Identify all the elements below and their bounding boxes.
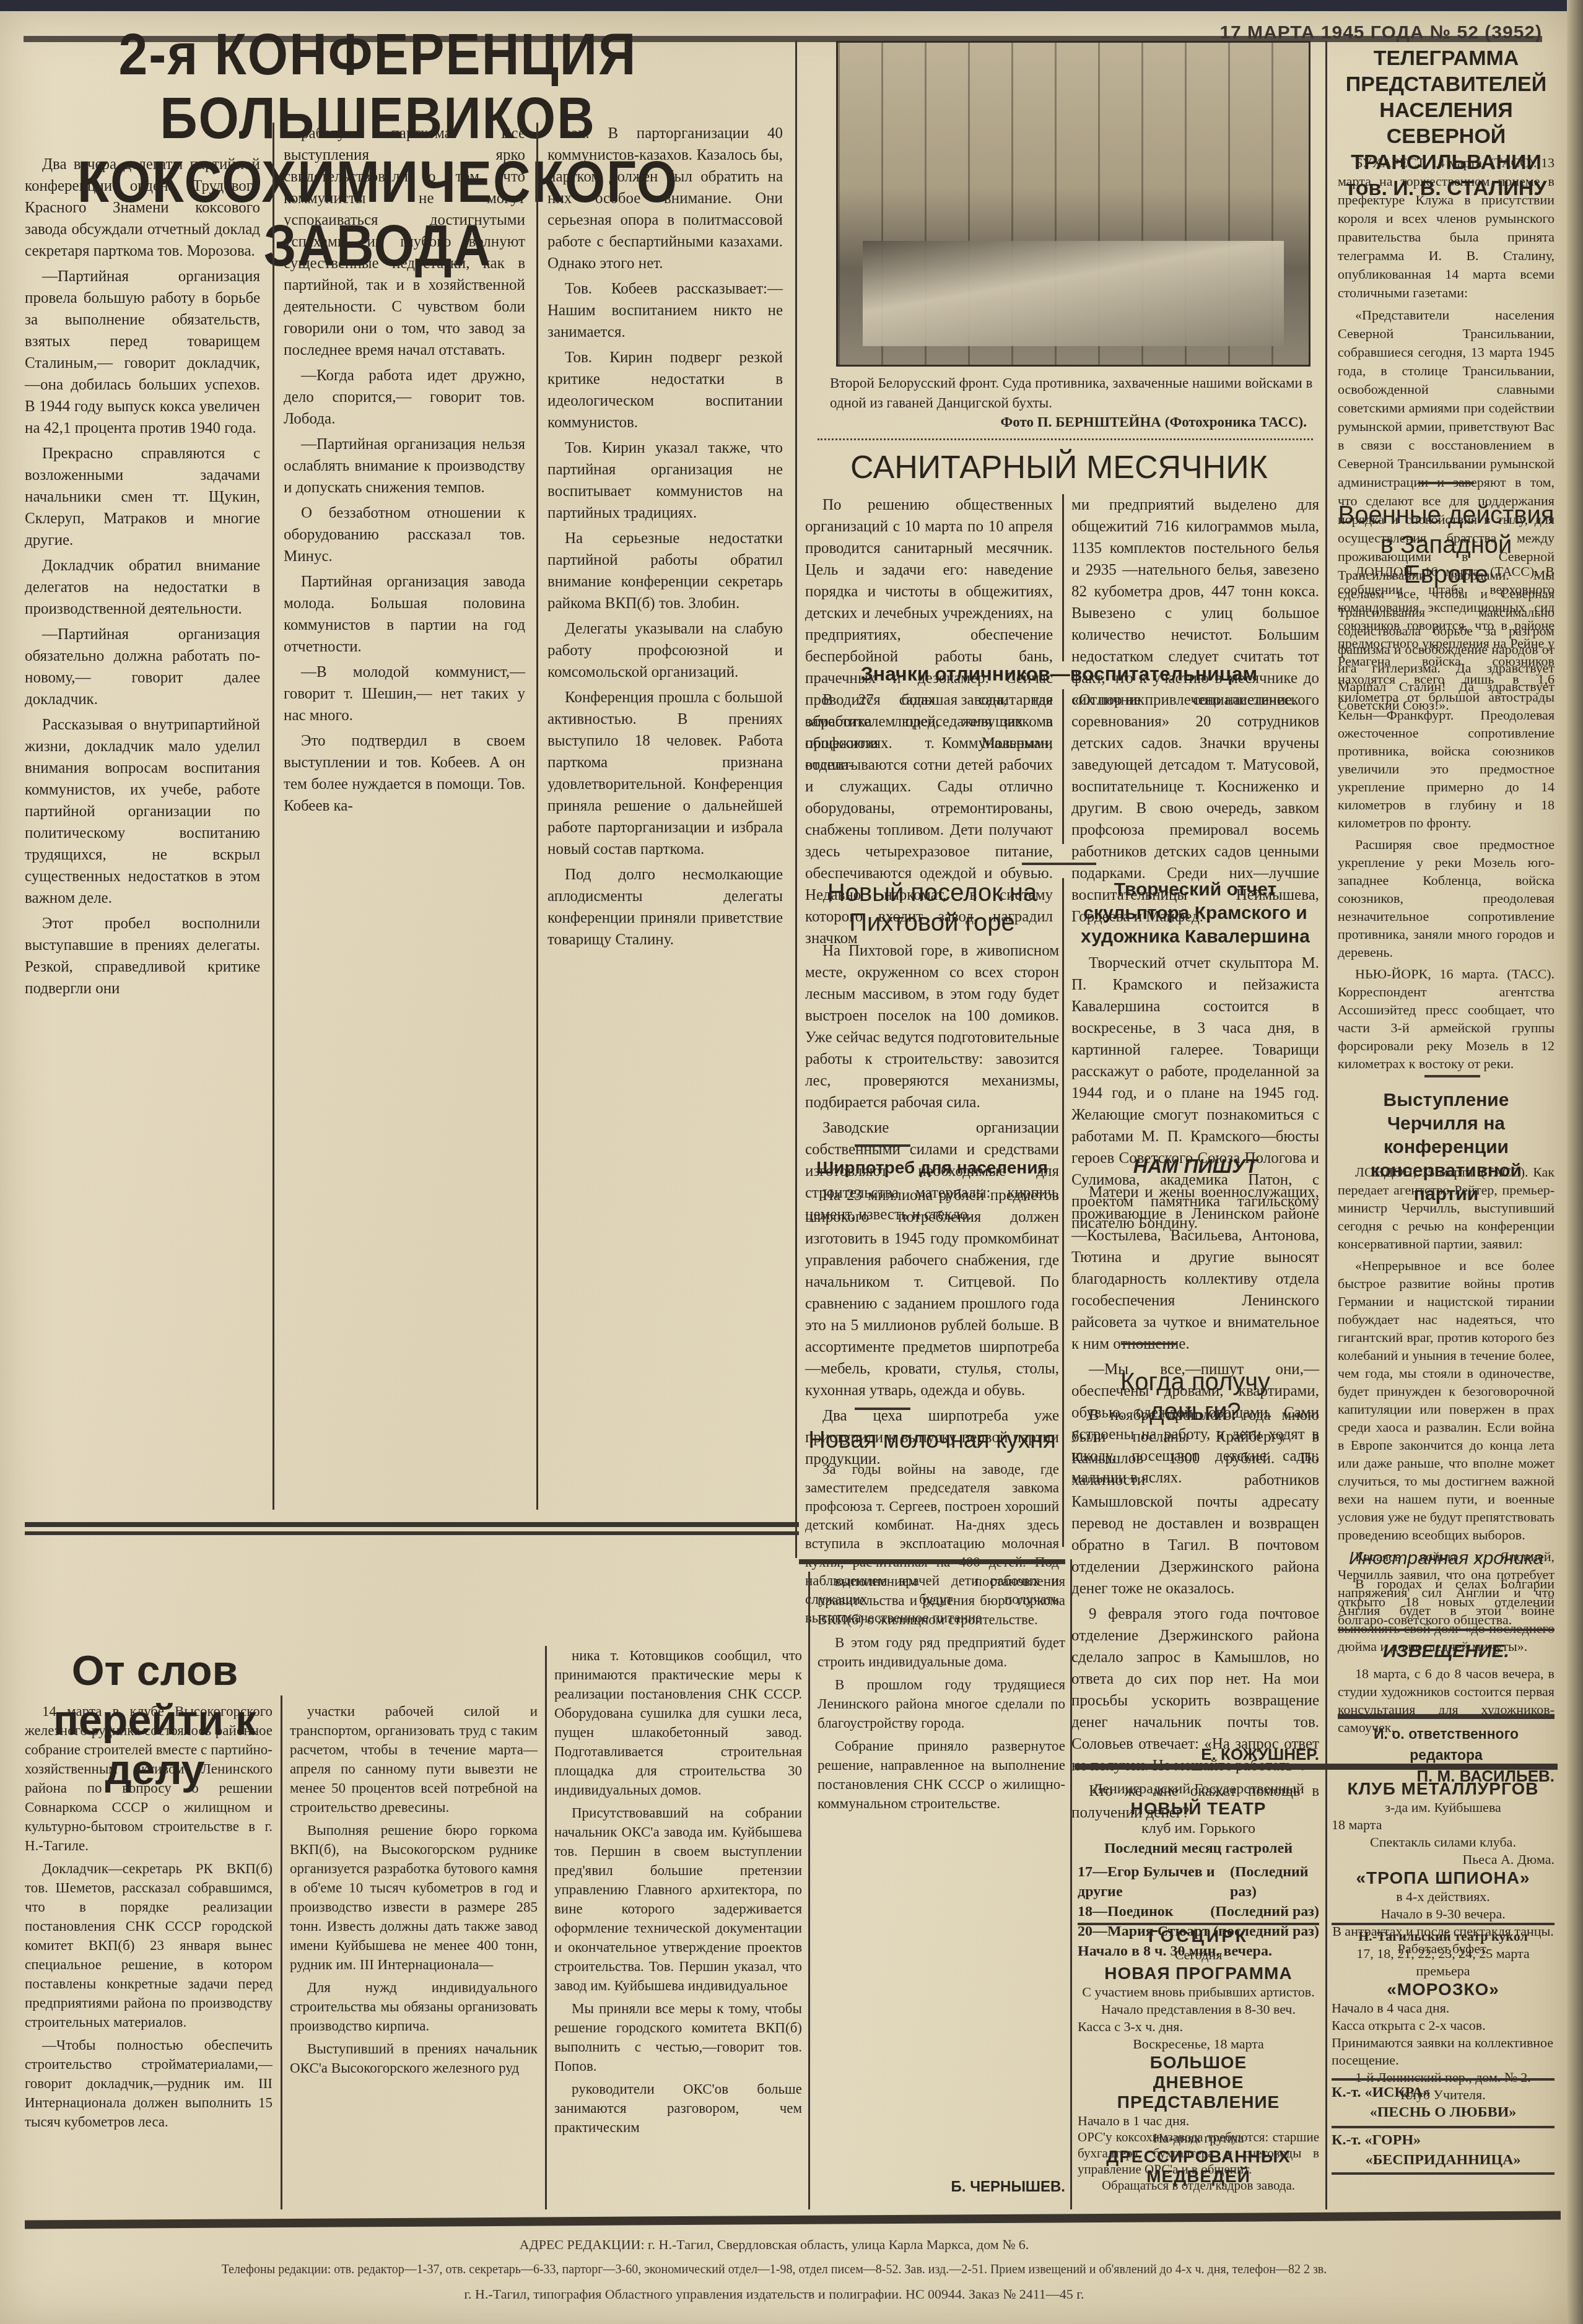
column-divider [795,41,797,1558]
paragraph: Делегаты указывали на слабую работу проф… [547,618,783,683]
action-col-2: участки рабочей силой и транспортом, орг… [290,1702,538,2081]
paragraph: работу парткома. Все выступления ярко св… [284,123,525,361]
paragraph: руководители ОКС'ов больше занимаются ра… [554,2079,802,2137]
paragraph: Конференция прошла с большой активностью… [547,687,783,860]
paragraph: Докладчик обратил внимание делегатов на … [25,555,260,620]
iskra-cinema-ad[interactable]: К.-т. «ИСКРА» «ПЕСНЬ О ЛЮБВИ» [1332,2082,1555,2122]
settlement-title: Новый поселок на Пихтовой горе [805,878,1059,938]
consumer-goods-title: Ширпотреб для населения [805,1157,1059,1179]
column-divider [1325,1782,1327,2209]
captured-ships-image [863,241,1284,346]
paragraph: В ноябре прошлого года мною были посланы… [1071,1404,1319,1599]
sanitary-title: САНИТАРНЫЙ МЕСЯЧНИК [805,448,1313,487]
paragraph: В прошлом году трудящиеся Ленинского рай… [818,1675,1065,1733]
paragraph: Тов. Кирин указал также, что партийная о… [547,437,783,524]
paragraph: —Чтобы полностью обеспечить строительств… [25,2035,273,2131]
paragraph: 14 марта в клубе Высокогорского железног… [25,1702,273,1855]
paragraph: На серьезные недостатки партийной работы… [547,528,783,614]
section-divider [1332,2126,1555,2128]
paragraph: В этом году ряд предприятий будет строит… [818,1633,1065,1671]
paragraph: Присутствовавший на собрании начальник О… [554,1803,802,1995]
action-col-1: 14 марта в клубе Высокогорского железног… [25,1702,273,2135]
footer-phones: Телефоны редакции: отв. редактор—1-37, о… [186,2259,1363,2280]
ors-ad[interactable]: ОРС'у коксохимзавода требуются: старшие … [1078,2129,1319,2193]
paragraph: Под долго несмолкающие аплодисменты деле… [547,864,783,951]
show-note: (Последний раз) [1230,1862,1319,1902]
section-divider [855,1144,910,1147]
column-divider [1062,878,1064,1547]
paragraph: БУХАРЕСТ, 14 марта. (ТАСС). 13 марта на … [1338,154,1555,302]
paragraph: Для нужд индивидуального строительства м… [290,1978,538,2035]
conference-col-2: работу парткома. Все выступления ярко св… [284,123,525,820]
paragraph: выполнением постановления правительства … [818,1572,1065,1629]
binding-edge [1567,0,1583,2324]
paragraph: Докладчик—секретарь РК ВКП(б) тов. Шемет… [25,1859,273,2032]
column-divider [1062,689,1064,844]
section-divider [1121,1343,1177,1345]
war-photo [836,41,1310,367]
column-divider [1062,494,1064,661]
paragraph: Выполняя решение бюро горкома ВКП(б), на… [290,1821,538,1974]
section-divider [1078,1923,1319,1925]
sculptor-title: Творческий отчет скульптора Крамского и … [1071,878,1319,949]
paragraph: Тов. Кирин подверг резкой критике недост… [547,347,783,433]
section-divider [799,1559,1065,1564]
bottom-rule [25,2211,1561,2229]
foreign-chronicle-title: Иностранная хроника [1338,1547,1555,1570]
paragraph: Этот пробел восполнили выступавшие в пре… [25,913,260,999]
editor-credit: И. о. ответственного редактора П. М. ВАС… [1338,1723,1555,1787]
paragraph: Выступивший в прениях начальник ОКС'а Вы… [290,2039,538,2078]
paragraph: Собрание приняло развернутое решение, на… [818,1736,1065,1813]
action-signature: Б. ЧЕРНЫШЕВ. [818,2178,1065,2196]
conference-col-3: зах. В парторганизации 40 коммунистов-ка… [547,123,783,954]
paragraph: Расширяя свое предмостное укрепление у р… [1338,835,1555,961]
column-divider [273,123,274,1510]
section-divider [1332,2078,1555,2081]
paragraph: Партийная организация завода молода. Бол… [284,571,525,658]
column-divider [1070,1559,1072,2209]
show-listing: 17—Егор Булычев и другие(Последний раз) [1078,1862,1319,1902]
paragraph: участки рабочей силой и транспортом, орг… [290,1702,538,1817]
paragraph: Мы приняли все меры к тому, чтобы решени… [554,1999,802,2076]
column-divider [536,123,538,1510]
column-divider [545,1646,547,2209]
paragraph: На 23 миллиона рублей предметов широкого… [805,1185,1059,1401]
notice-title: ИЗВЕЩЕНИЕ. [1338,1640,1555,1663]
show-title: 17—Егор Булычев и другие [1078,1862,1230,1902]
paragraph: Прекрасно справляются с возложенными зад… [25,443,260,551]
paragraph: Это подтвердил в своем выступлении и тов… [284,730,525,817]
paragraph: «Непрерывное и все более быстрое развити… [1338,1256,1555,1544]
gorn-cinema-ad[interactable]: К.-т. «ГОРН» «БЕСПРИДАННИЦА» [1332,2130,1555,2170]
paragraph: Два вечера делегаты партийной конференци… [25,154,260,262]
paragraph: На Пихтовой горе, в живописном месте, ок… [805,940,1059,1113]
column-divider [281,1695,282,2209]
paragraph: ЛОНДОН, 16 марта. (ТАСС). В сообщении шт… [1338,562,1555,832]
puppet-theatre-ad[interactable]: Н.-Тагильский театр кукол 17, 18, 21, 22… [1332,1928,1555,2104]
section-divider [1418,482,1474,484]
paragraph: ника т. Котовщиков сообщил, что принимаю… [554,1646,802,1800]
action-col-3: ника т. Котовщиков сообщил, что принимаю… [554,1646,802,2141]
show-note: (Последний раз) [1210,1902,1319,1921]
show-listing: 18—Поединок(Последний раз) [1078,1902,1319,1921]
show-title: 18—Поединок [1078,1902,1174,1921]
paragraph: О беззаботном отношении к оборудованию р… [284,502,525,567]
paragraph: —Партийная организация обязательно должн… [25,624,260,710]
section-divider [1424,1075,1480,1077]
section-divider [1338,1714,1555,1719]
footer-printing: г. Н.-Тагил, типография Областного управ… [186,2284,1363,2305]
paragraph: Матери и жены военнослужащих, проживающи… [1071,1182,1319,1355]
section-divider [855,1408,910,1410]
section-divider [25,1531,799,1535]
dairy-title: Новая молочная кухня [805,1426,1059,1455]
badges-title: Значки отличников—воспитательницам [805,661,1313,686]
photo-credit: Фото П. БЕРНШТЕЙНА (Фотохроника ТАСС). [910,412,1307,432]
letters-title: НАМ ПИШУТ [1071,1154,1319,1178]
paragraph: —Партийная организация нельзя ослаблять … [284,433,525,498]
paragraph: —Когда работа идет дружно, дело спорится… [284,365,525,430]
section-divider [1022,863,1096,865]
foreign-chronicle-body: В городах и селах Болгарии открыто 18 но… [1338,1575,1555,1632]
newspaper-page: 17 МАРТА 1945 ГОДА № 52 (3952) 2-я КОНФЕ… [0,11,1567,2324]
action-col-4: выполнением постановления правительства … [818,1572,1065,1817]
money-signature: Е. КОЖУШНЕР. [1071,1745,1319,1764]
paragraph: —В молодой коммунист,— говорит т. Шешин,… [284,661,525,726]
paragraph: ЛОНДОН, 15 марта. (ТАСС). Как передает а… [1338,1163,1555,1253]
paragraph: зах. В парторганизации 40 коммунистов-ка… [547,123,783,274]
section-divider [1075,1764,1558,1770]
photo-caption: Второй Белорусский фронт. Суда противник… [830,373,1313,413]
paragraph: Рассказывая о внутрипартийной жизни, док… [25,714,260,909]
paragraph: —Партийная организация провела большую р… [25,266,260,439]
section-divider [1332,2172,1555,2175]
conference-col-1: Два вечера делегаты партийной конференци… [25,154,260,1003]
section-divider [25,1522,799,1527]
section-divider [818,438,1313,444]
paragraph: НЬЮ-ЙОРК, 16 марта. (ТАСС). Корреспонден… [1338,965,1555,1073]
section-divider [1332,1923,1555,1925]
section-divider [1338,1629,1555,1631]
paragraph: Тов. Кобеев рассказывает:—Нашим воспитан… [547,278,783,343]
column-divider [808,1572,810,2209]
western-front-body: ЛОНДОН, 16 марта. (ТАСС). В сообщении шт… [1338,562,1555,1076]
footer-address: АДРЕС РЕДАКЦИИ: г. Н.-Тагил, Свердловска… [186,2234,1363,2255]
